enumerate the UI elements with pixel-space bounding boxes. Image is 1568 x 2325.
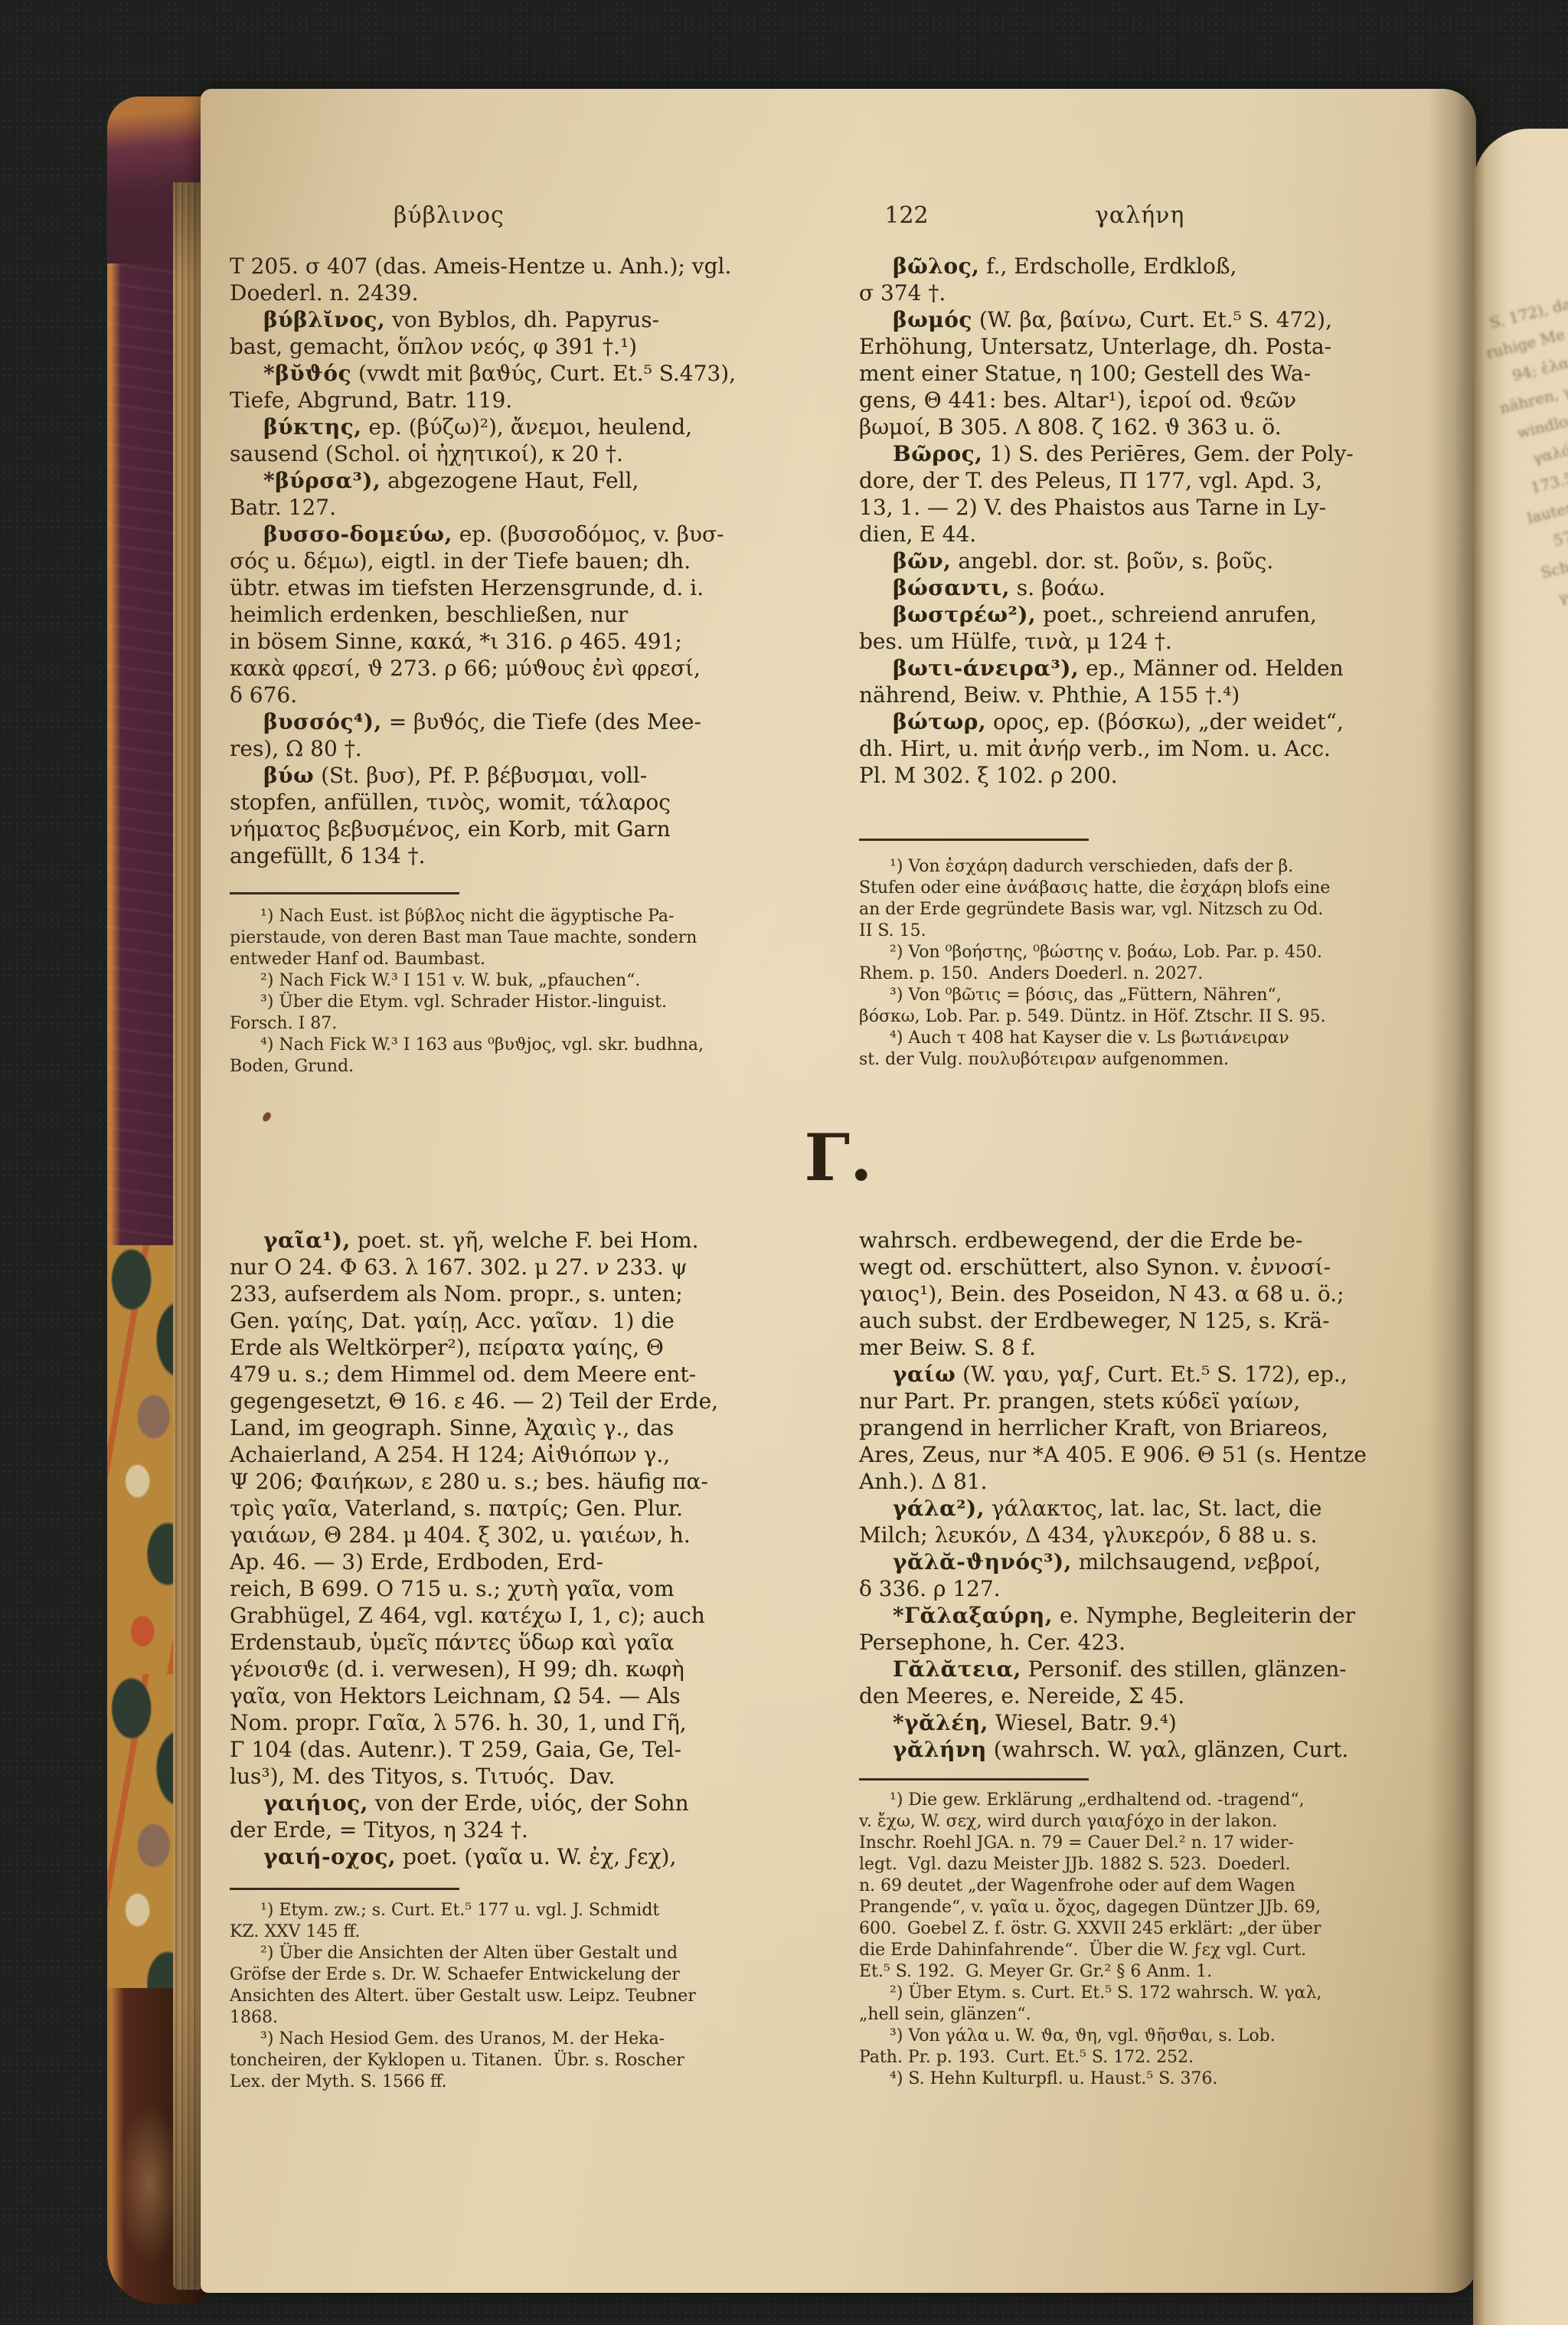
- text-line: nur Part. Pr. prangen, stets κύδεϊ γαίων…: [859, 1388, 1476, 1414]
- text-line: n. 69 deutet „der Wagenfrohe oder auf de…: [859, 1875, 1476, 1897]
- text-line: lus³), M. des Tityos, s. Τιτυός. Dav.: [230, 1763, 847, 1790]
- text-line: ¹) Etym. zw.; s. Curt. Et.⁵ 177 u. vgl. …: [230, 1900, 847, 1921]
- text-line: ⁴) S. Hehn Kulturpfl. u. Haust.⁵ S. 376.: [859, 2068, 1476, 2090]
- text-line: δ 336. ρ 127.: [859, 1575, 1476, 1602]
- text-line: Nom. propr. Γαῖα, λ 576. h. 30, 1, und Γ…: [230, 1709, 847, 1736]
- text-line: ment einer Statue, η 100; Gestell des Wa…: [859, 360, 1476, 387]
- text-line: Grabhügel, Ζ 464, vgl. κατέχω I, 1, c); …: [230, 1602, 847, 1629]
- text-line: βῶλος, f., Erdscholle, Erdkloß,: [859, 253, 1476, 280]
- text-line: Erde als Weltkörper²), πείρατα γαίης, Θ: [230, 1334, 847, 1361]
- text-line: gegengesetzt, Θ 16. ε 46. — 2) Teil der …: [230, 1388, 847, 1414]
- text-line: γαίω (W. γαυ, γαϝ, Curt. Et.⁵ S. 172), e…: [859, 1361, 1476, 1388]
- text-line: ⁴) Nach Fick W.³ I 163 aus ⁰βυϑjος, vgl.…: [230, 1035, 847, 1056]
- next-page-edge: S. 172), dasruhige Me94; ἐλαινεονnähren,…: [1473, 129, 1568, 2325]
- text-line: Land, im geograph. Sinne, Ἀχαιὶς γ., das: [230, 1414, 847, 1441]
- text-line: gens, Θ 441: bes. Altar¹), ἱεροί od. ϑεῶ…: [859, 387, 1476, 414]
- text-line: die Erde Dahinfahrende“. Über die W. ϝεχ…: [859, 1940, 1476, 1961]
- text-line: ¹) Von ἐσχάρη dadurch verschieden, dafs …: [859, 856, 1476, 878]
- gamma-section-heading: Γ.: [201, 1120, 1476, 1195]
- text-line: γαιήιος, von der Erde, υἱός, der Sohn: [230, 1790, 847, 1817]
- text-line: κακὰ φρεσί, ϑ 273. ρ 66; μύϑους ἐνὶ φρεσ…: [230, 655, 847, 682]
- text-line: γαιή-οχος, poet. (γαῖα u. W. ἐχ, ϝεχ),: [230, 1843, 847, 1870]
- text-line: βώτωρ, ορος, ep. (βόσκω), „der weidet“,: [859, 708, 1476, 735]
- text-line: Τ 205. σ 407 (das. Ameis-Hentze u. Anh.)…: [230, 253, 847, 280]
- text-line: res), Ω 80 †.: [230, 735, 847, 762]
- text-line: τρὶς γαῖα, Vaterland, s. πατρίς; Gen. Pl…: [230, 1495, 847, 1522]
- header-page-number: 122: [861, 202, 952, 229]
- text-line: prangend in herrlicher Kraft, von Briare…: [859, 1414, 1476, 1441]
- text-line: 1868.: [230, 2007, 847, 2029]
- text-line: „hell sein, glänzen“.: [859, 2004, 1476, 2026]
- text-line: σ 374 †.: [859, 280, 1476, 306]
- text-line: dh. Hirt, u. mit ἀνήρ verb., im Nom. u. …: [859, 735, 1476, 762]
- text-line: Γ 104 (das. Autenr.). Τ 259, Gaia, Ge, T…: [230, 1736, 847, 1763]
- text-line: Forsch. I 87.: [230, 1013, 847, 1035]
- text-line: βωμός (W. βα, βαίνω, Curt. Et.⁵ S. 472),: [859, 306, 1476, 333]
- text-line: Rhem. p. 150. Anders Doederl. n. 2027.: [859, 963, 1476, 985]
- text-line: ²) Von ⁰βοήστης, ⁰βώστης v. βοάω, Lob. P…: [859, 942, 1476, 963]
- text-line: Ansichten des Altert. über Gestalt usw. …: [230, 1986, 847, 2007]
- text-line: Anh.). Δ 81.: [859, 1468, 1476, 1495]
- text-line: Γᾰλᾰτεια, Personif. des stillen, glänzen…: [859, 1656, 1476, 1682]
- gamma-left-footnotes: ¹) Etym. zw.; s. Curt. Et.⁵ 177 u. vgl. …: [230, 1900, 847, 2093]
- text-line: ¹) Die gew. Erklärung „erdhaltend od. -t…: [859, 1790, 1476, 1811]
- text-line: Erhöhung, Untersatz, Unterlage, dh. Post…: [859, 333, 1476, 360]
- text-line: ²) Nach Fick W.³ I 151 v. W. buk, „pfauc…: [230, 970, 847, 992]
- text-line: bast, gemacht, ὅπλον νεός, φ 391 †.¹): [230, 333, 847, 360]
- text-line: Inschr. Roehl JGA. n. 79 = Cauer Del.² n…: [859, 1833, 1476, 1854]
- text-line: wegt od. erschüttert, also Synon. v. ἐνν…: [859, 1254, 1476, 1280]
- text-line: an der Erde gegründete Basis war, vgl. N…: [859, 899, 1476, 921]
- text-line: ³) Über die Etym. vgl. Schrader Histor.-…: [230, 992, 847, 1013]
- footnote-separator: [859, 839, 1089, 841]
- text-line: Milch; λευκόν, Δ 434, γλυκερόν, δ 88 u. …: [859, 1522, 1476, 1548]
- text-line: γαῖα, von Hektors Leichnam, Ω 54. — Als: [230, 1682, 847, 1709]
- text-line: ²) Über die Ansichten der Alten über Ges…: [230, 1943, 847, 1964]
- text-line: Tiefe, Abgrund, Batr. 119.: [230, 387, 847, 414]
- text-line: γάλα²), γάλακτος, lat. lac, St. lact, di…: [859, 1495, 1476, 1522]
- beta-left-column: Τ 205. σ 407 (das. Ameis-Hentze u. Anh.)…: [230, 253, 847, 869]
- text-line: ³) Von ⁰βῶτις = βόσις, das „Füttern, Näh…: [859, 985, 1476, 1006]
- text-line: βύω (St. βυσ), Pf. P. βέβυσμαι, voll-: [230, 762, 847, 789]
- header-right-keyword: γαλήνη: [1095, 202, 1184, 229]
- text-line: Ap. 46. — 3) Erde, Erdboden, Erd-: [230, 1548, 847, 1575]
- text-line: Et.⁵ S. 192. G. Meyer Gr. Gr.² § 6 Anm. …: [859, 1961, 1476, 1983]
- text-line: Prangende“, v. γαῖα u. ὄχος, dagegen Dün…: [859, 1897, 1476, 1918]
- text-line: ⁴) Auch τ 408 hat Kayser die v. Ls βωτιά…: [859, 1028, 1476, 1049]
- text-line: Βῶρος, 1) S. des Periēres, Gem. der Poly…: [859, 440, 1476, 467]
- text-line: KZ. XXV 145 ff.: [230, 1921, 847, 1943]
- text-line: pierstaude, von deren Bast man Taue mach…: [230, 927, 847, 949]
- text-line: nur Ο 24. Φ 63. λ 167. 302. μ 27. ν 233.…: [230, 1254, 847, 1280]
- text-line: Pl. Μ 302. ξ 102. ρ 200.: [859, 762, 1476, 789]
- text-line: nährend, Beiw. v. Phthie, Α 155 †.⁴): [859, 682, 1476, 708]
- text-line: βωμοί, Β 305. Λ 808. ζ 162. ϑ 363 u. ö.: [859, 414, 1476, 440]
- text-line: toncheiren, der Kyklopen u. Titanen. Übr…: [230, 2050, 847, 2072]
- text-line: angefüllt, δ 134 †.: [230, 842, 847, 869]
- text-line: *γᾰλέη, Wiesel, Batr. 9.⁴): [859, 1709, 1476, 1736]
- text-line: βῶν, angebl. dor. st. βοῦν, s. βοῦς.: [859, 548, 1476, 574]
- text-line: dore, der T. des Peleus, Π 177, vgl. Apd…: [859, 467, 1476, 494]
- text-line: dien, Ε 44.: [859, 521, 1476, 548]
- text-line: 479 u. s.; dem Himmel od. dem Meere ent-: [230, 1361, 847, 1388]
- text-line: st. der Vulg. πουλυβότειραν aufgenommen.: [859, 1049, 1476, 1071]
- text-line: wahrsch. erdbewegend, der die Erde be-: [859, 1227, 1476, 1254]
- text-line: 233, aufserdem als Nom. propr., s. unten…: [230, 1280, 847, 1307]
- text-line: βυσσός⁴), = βυϑός, die Tiefe (des Mee-: [230, 708, 847, 735]
- text-line: legt. Vgl. dazu Meister JJb. 1882 S. 523…: [859, 1854, 1476, 1875]
- text-line: stopfen, anfüllen, τινὸς, womit, τάλαρος: [230, 789, 847, 816]
- text-line: βύβλῐνος, von Byblos, dh. Papyrus-: [230, 306, 847, 333]
- text-line: δ 676.: [230, 682, 847, 708]
- text-line: βώσαντι, s. βοάω.: [859, 574, 1476, 601]
- text-line: *βῠϑός (vwdt mit βαϑύς, Curt. Et.⁵ S.473…: [230, 360, 847, 387]
- footnote-separator: [230, 1888, 459, 1890]
- text-line: Persephone, h. Cer. 423.: [859, 1629, 1476, 1656]
- text-line: ³) Nach Hesiod Gem. des Uranos, M. der H…: [230, 2029, 847, 2050]
- header-left-keyword: βύβλινος: [394, 202, 505, 229]
- text-line: Erdenstaub, ὑμεῖς πάντες ὕδωρ καὶ γαῖα: [230, 1629, 847, 1656]
- gamma-right-footnotes: ¹) Die gew. Erklärung „erdhaltend od. -t…: [859, 1790, 1476, 2090]
- text-line: reich, Β 699. Ο 715 u. s.; χυτὴ γαῖα, vo…: [230, 1575, 847, 1602]
- text-line: *Γᾰλαξαύρη, e. Nymphe, Begleiterin der: [859, 1602, 1476, 1629]
- text-line: ³) Von γάλα u. W. ϑα, ϑη, vgl. ϑῆσϑαι, s…: [859, 2026, 1476, 2047]
- text-line: γένοισϑε (d. i. verwesen), Η 99; dh. κωφ…: [230, 1656, 847, 1682]
- text-line: Stufen oder eine ἀνάβασις hatte, die ἐσχ…: [859, 878, 1476, 899]
- text-line: γαιος¹), Bein. des Poseidon, Ν 43. α 68 …: [859, 1280, 1476, 1307]
- text-line: βωστρέω²), poet., schreiend anrufen,: [859, 601, 1476, 628]
- book-page: βύβλινος 122 γαλήνη Τ 205. σ 407 (das. A…: [201, 89, 1476, 2293]
- text-line: auch subst. der Erdbeweger, Ν 125, s. Kr…: [859, 1307, 1476, 1334]
- gamma-right-column: wahrsch. erdbewegend, der die Erde be-we…: [859, 1227, 1476, 1763]
- text-line: 13, 1. — 2) V. des Phaistos aus Tarne in…: [859, 494, 1476, 521]
- text-line: βυσσο-δομεύω, ep. (βυσσοδόμος, v. βυσ-: [230, 521, 847, 548]
- text-line: in bösem Sinne, κακά, *ι 316. ρ 465. 491…: [230, 628, 847, 655]
- text-line: ¹) Nach Eust. ist βύβλος nicht die ägypt…: [230, 906, 847, 927]
- text-line: Gröfse der Erde s. Dr. W. Schaefer Entwi…: [230, 1964, 847, 1986]
- beta-right-column: βῶλος, f., Erdscholle, Erdkloß,σ 374 †.β…: [859, 253, 1476, 789]
- text-line: βόσκω, Lob. Par. p. 549. Düntz. in Höf. …: [859, 1006, 1476, 1028]
- text-line: γᾰλήνη (wahrsch. W. γαλ, glänzen, Curt.: [859, 1736, 1476, 1763]
- beta-left-footnotes: ¹) Nach Eust. ist βύβλος nicht die ägypt…: [230, 906, 847, 1077]
- text-line: Lex. der Myth. S. 1566 ff.: [230, 2072, 847, 2093]
- text-line: *βύρσα³), abgezogene Haut, Fell,: [230, 467, 847, 494]
- text-line: entweder Hanf od. Baumbast.: [230, 949, 847, 970]
- text-line: den Meeres, e. Nereide, Σ 45.: [859, 1682, 1476, 1709]
- text-line: νήματος βεβυσμένος, ein Korb, mit Garn: [230, 816, 847, 842]
- text-line: γαῖα¹), poet. st. γῆ, welche F. bei Hom.: [230, 1227, 847, 1254]
- text-line: βύκτης, ep. (βύζω)²), ἄνεμοι, heulend,: [230, 414, 847, 440]
- text-line: Ψ 206; Φαιήκων, ε 280 u. s.; bes. häufig…: [230, 1468, 847, 1495]
- footnote-separator: [859, 1778, 1089, 1781]
- next-page-text-fragments: S. 172), dasruhige Me94; ἐλαινεονnähren,…: [1476, 253, 1568, 1330]
- text-line: ²) Über Etym. s. Curt. Et.⁵ S. 172 wahrs…: [859, 1983, 1476, 2004]
- text-line: 600. Goebel Z. f. östr. G. XXVII 245 erk…: [859, 1918, 1476, 1940]
- text-line: II S. 15.: [859, 921, 1476, 942]
- text-line: Batr. 127.: [230, 494, 847, 521]
- text-line: Path. Pr. p. 193. Curt. Et.⁵ S. 172. 252…: [859, 2047, 1476, 2068]
- text-line: v. ἔχω, W. σεχ, wird durch γαιαϝόχο in d…: [859, 1811, 1476, 1833]
- gamma-left-column: γαῖα¹), poet. st. γῆ, welche F. bei Hom.…: [230, 1227, 847, 1870]
- beta-right-footnotes: ¹) Von ἐσχάρη dadurch verschieden, dafs …: [859, 856, 1476, 1071]
- text-line: Doederl. n. 2439.: [230, 280, 847, 306]
- text-line: sausend (Schol. οἱ ἠχητικοί), κ 20 †.: [230, 440, 847, 467]
- text-line: übtr. etwas im tiefsten Herzensgrunde, d…: [230, 574, 847, 601]
- text-line: Ares, Zeus, nur *Α 405. Ε 906. Θ 51 (s. …: [859, 1441, 1476, 1468]
- text-line: der Erde, = Tityos, η 324 †.: [230, 1817, 847, 1843]
- text-line: heimlich erdenken, beschließen, nur: [230, 601, 847, 628]
- text-line: σός u. δέμω), eigtl. in der Tiefe bauen;…: [230, 548, 847, 574]
- text-line: βωτι-άνειρα³), ep., Männer od. Helden: [859, 655, 1476, 682]
- text-line: Gen. γαίης, Dat. γαίῃ, Acc. γαῖαν. 1) di…: [230, 1307, 847, 1334]
- text-line: Boden, Grund.: [230, 1056, 847, 1077]
- text-line: mer Beiw. S. 8 f.: [859, 1334, 1476, 1361]
- text-line: γᾰλᾰ-ϑηνός³), milchsaugend, νεβροί,: [859, 1548, 1476, 1575]
- photo-background: βύβλινος 122 γαλήνη Τ 205. σ 407 (das. A…: [0, 0, 1568, 2325]
- text-line: Achaierland, Α 254. Η 124; Αἰϑιόπων γ.,: [230, 1441, 847, 1468]
- text-line: γαιάων, Θ 284. μ 404. ξ 302, u. γαιέων, …: [230, 1522, 847, 1548]
- footnote-separator: [230, 892, 459, 894]
- text-line: bes. um Hülfe, τινὰ, μ 124 †.: [859, 628, 1476, 655]
